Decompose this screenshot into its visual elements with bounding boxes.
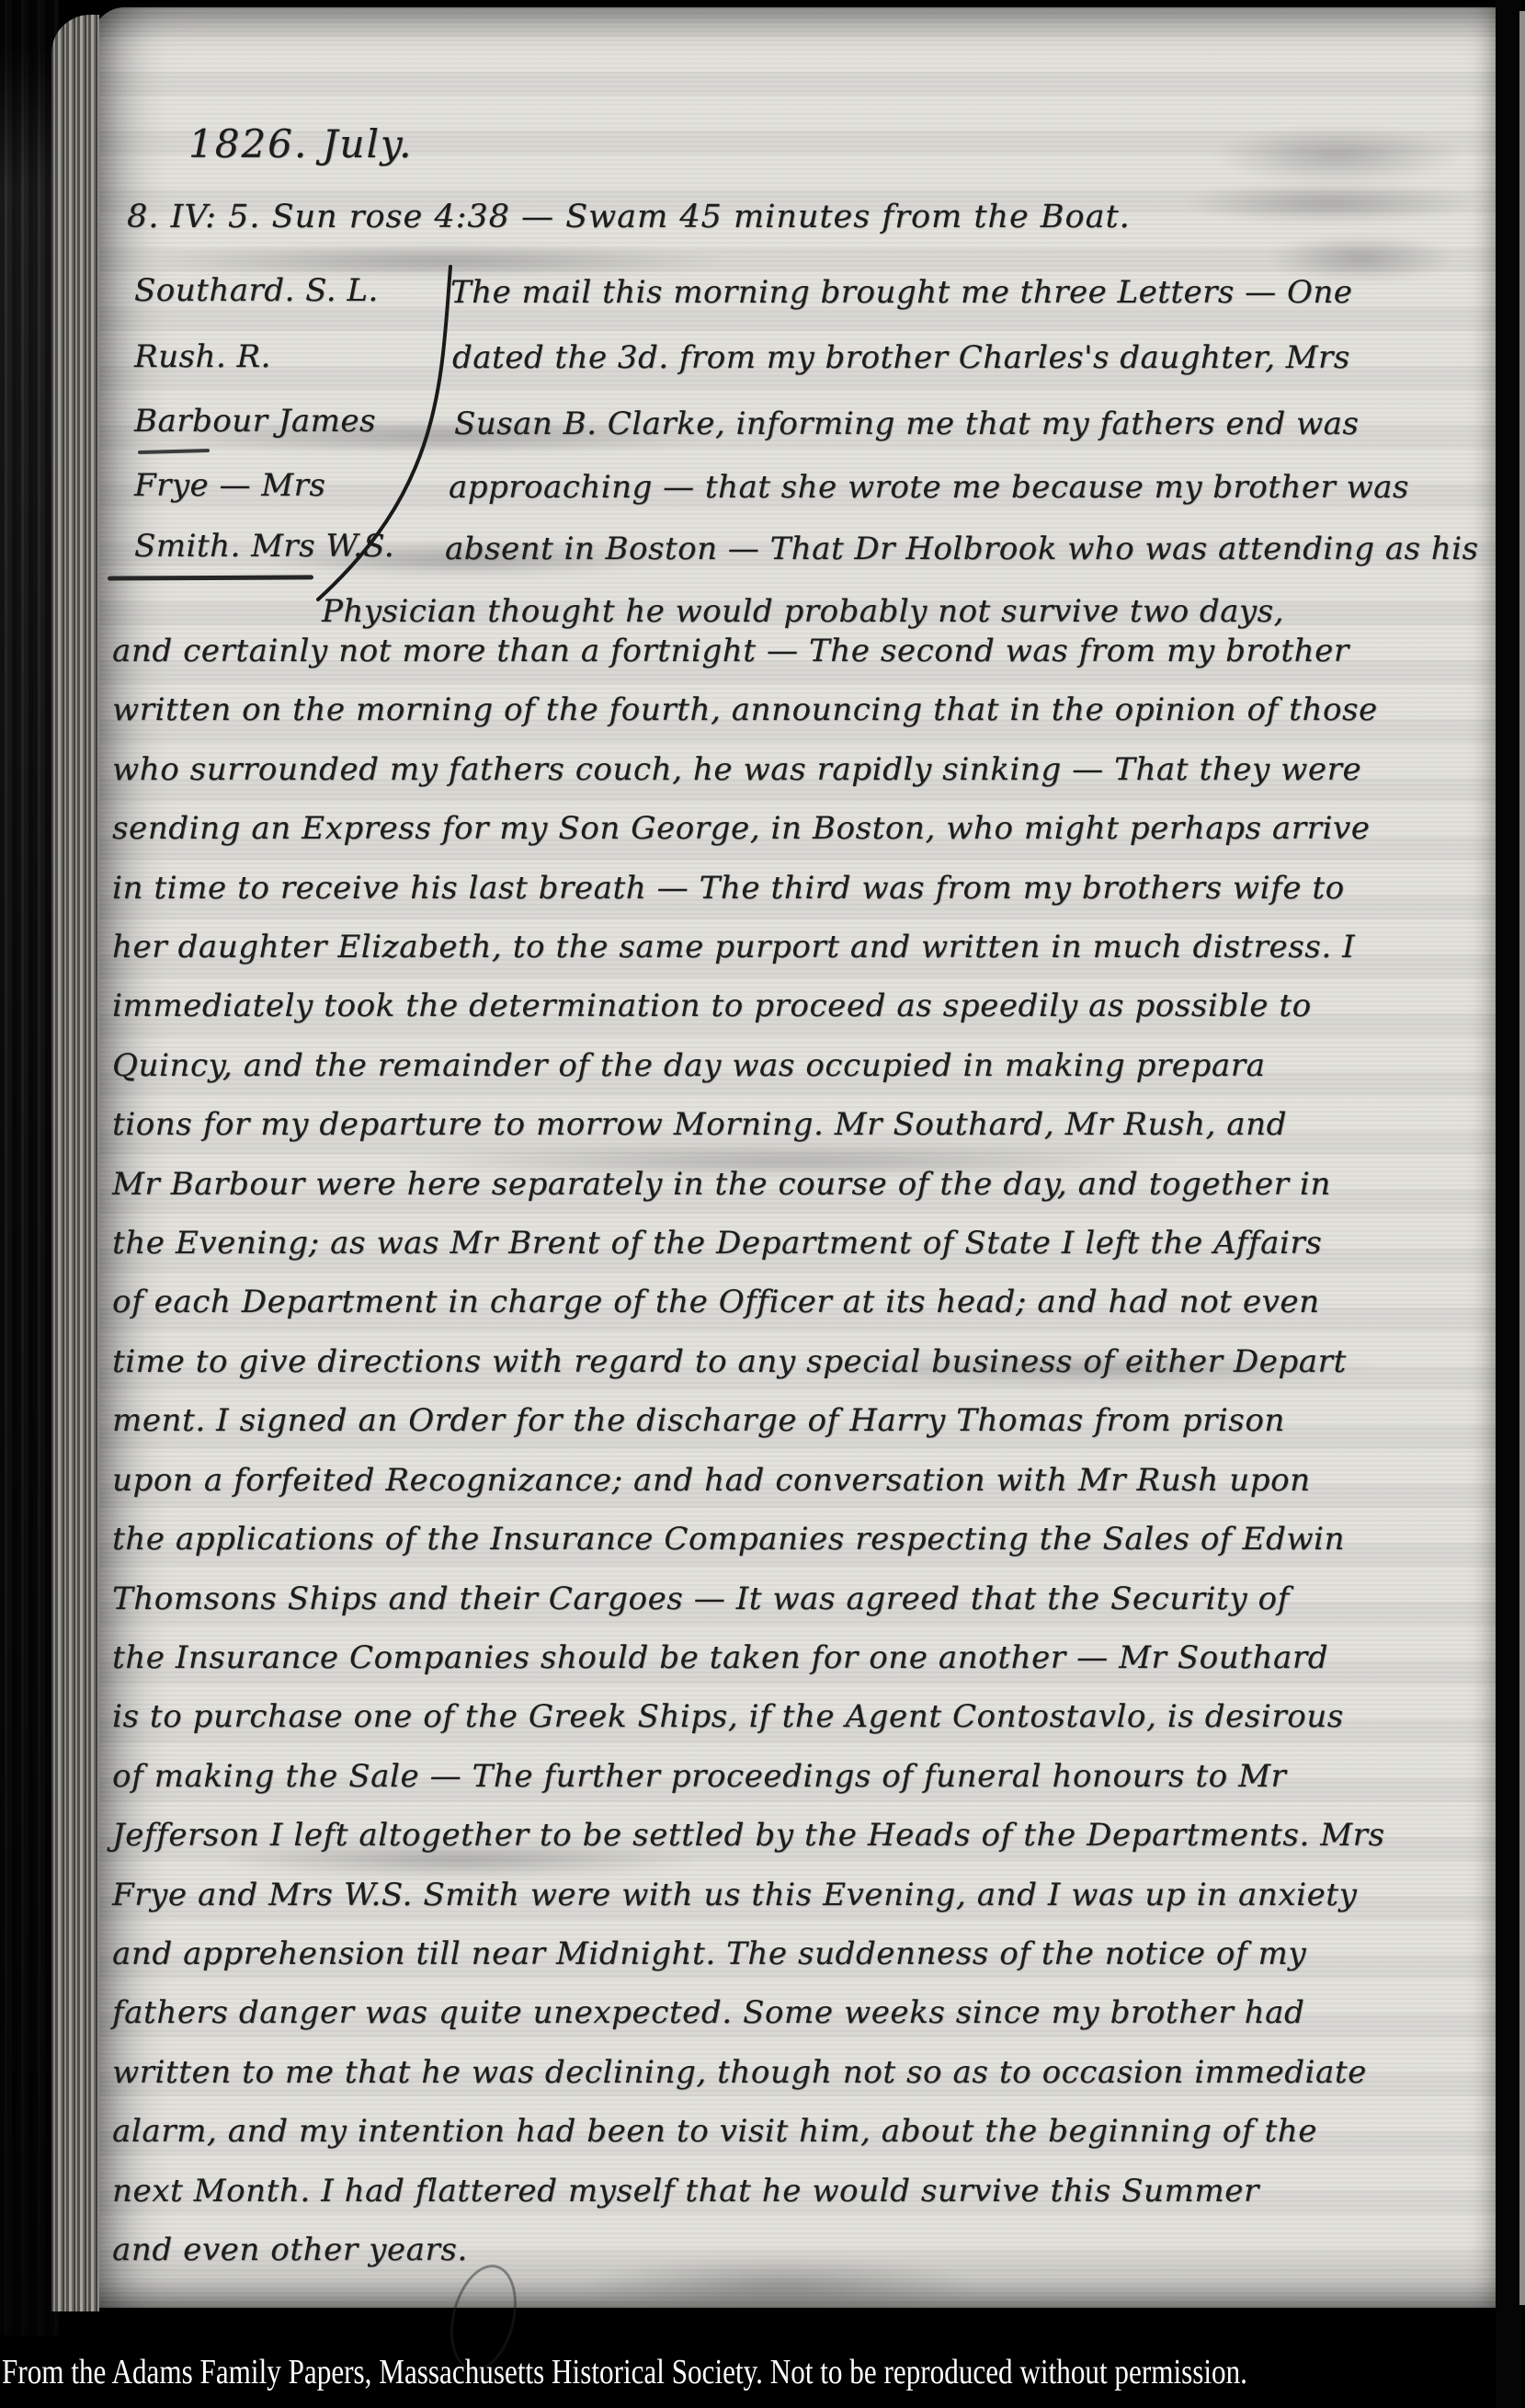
margin-name: Frye — Mrs	[134, 467, 325, 504]
diary-line: written to me that he was declining, tho…	[112, 2043, 1385, 2102]
book-spine-shading	[0, 0, 59, 2335]
diary-body: and certainly not more than a fortnight …	[112, 622, 1385, 2279]
scanned-diary-photograph: 1826. July. 8. IV: 5. Sun rose 4:38 — Sw…	[0, 0, 1525, 2408]
diary-line: Mr Barbour were here separately in the c…	[112, 1155, 1385, 1214]
diary-line: Quincy, and the remainder of the day was…	[112, 1036, 1385, 1095]
diary-year-month-heading: 1826. July.	[188, 121, 413, 166]
diary-line: ment. I signed an Order for the discharg…	[112, 1391, 1385, 1450]
diary-line: and certainly not more than a fortnight …	[112, 622, 1385, 680]
diary-line: The mail this morning brought me three L…	[450, 274, 1352, 311]
diary-line: immediately took the determination to pr…	[112, 976, 1385, 1035]
brace-divider	[303, 256, 464, 616]
diary-line: and apprehension till near Midnight. The…	[112, 1924, 1385, 1983]
page-edge-right	[1519, 11, 1525, 2305]
diary-line: in time to receive his last breath — The…	[112, 859, 1385, 918]
diary-line: is to purchase one of the Greek Ships, i…	[112, 1687, 1385, 1746]
diary-entry-dateline: 8. IV: 5. Sun rose 4:38 — Swam 45 minute…	[127, 199, 1131, 235]
diary-line: dated the 3d. from my brother Charles's …	[452, 339, 1350, 376]
diary-line: Thomsons Ships and their Cargoes — It wa…	[112, 1569, 1385, 1628]
bleedthrough-smudge	[1213, 127, 1462, 184]
diary-line: tions for my departure to morrow Morning…	[112, 1095, 1385, 1154]
bleedthrough-smudge	[1186, 182, 1471, 224]
scan-gutter-right	[1496, 0, 1521, 2408]
diary-line: written on the morning of the fourth, an…	[112, 680, 1385, 739]
diary-line: time to give directions with regard to a…	[112, 1332, 1385, 1391]
diary-line: absent in Boston — That Dr Holbrook who …	[445, 531, 1478, 567]
diary-line: the applications of the Insurance Compan…	[112, 1510, 1385, 1569]
diary-line: of each Department in charge of the Offi…	[112, 1272, 1385, 1331]
page-edge-stack	[51, 15, 99, 2311]
diary-line: Frye and Mrs W.S. Smith were with us thi…	[112, 1866, 1385, 1924]
diary-line: Susan B. Clarke, informing me that my fa…	[454, 405, 1359, 442]
margin-name: Rush. R.	[134, 338, 271, 375]
diary-line: upon a forfeited Recognizance; and had c…	[112, 1451, 1385, 1510]
archive-credit-caption: From the Adams Family Papers, Massachuse…	[2, 2352, 1247, 2392]
diary-line: the Evening; as was Mr Brent of the Depa…	[112, 1214, 1385, 1272]
diary-line: sending an Express for my Son George, in…	[112, 799, 1385, 858]
diary-line: the Insurance Companies should be taken …	[112, 1628, 1385, 1687]
diary-line: alarm, and my intention had been to visi…	[112, 2102, 1385, 2161]
diary-line: of making the Sale — The further proceed…	[112, 1747, 1385, 1806]
diary-line: approaching — that she wrote me because …	[449, 469, 1409, 506]
diary-line: Jefferson I left altogether to be settle…	[112, 1806, 1385, 1865]
diary-line: her daughter Elizabeth, to the same purp…	[112, 918, 1385, 976]
diary-line: and even other years.	[112, 2220, 1385, 2279]
diary-line: fathers danger was quite unexpected. Som…	[112, 1983, 1385, 2042]
diary-line: who surrounded my fathers couch, he was …	[112, 740, 1385, 799]
diary-line: next Month. I had flattered myself that …	[112, 2162, 1385, 2220]
